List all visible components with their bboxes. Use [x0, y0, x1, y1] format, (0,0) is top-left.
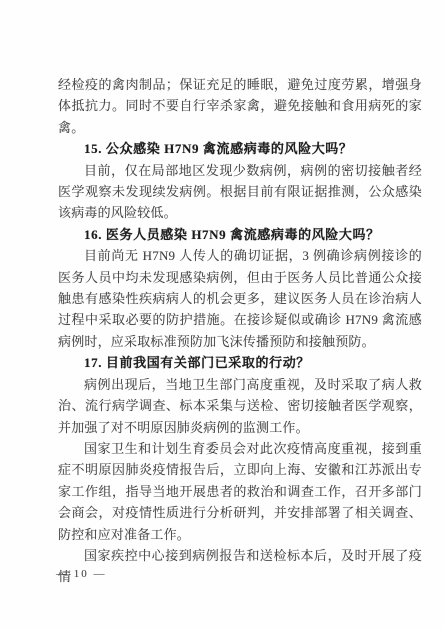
answer-paragraph-17-part2: 国家卫生和计划生育委员会对此次疫情高度重视，接到重症不明原因肺炎疫情报告后，立即… [58, 438, 422, 545]
answer-paragraph-17-part3: 国家疾控中心接到病例报告和送检标本后，及时开展了疫情 [58, 545, 422, 588]
answer-paragraph-15: 目前，仅在局部地区发现少数病例，病例的密切接触者经医学观察未发现续发病例。根据目… [58, 160, 422, 224]
question-heading-17: 17. 目前我国有关部门已采取的行动？ [58, 352, 422, 373]
question-heading-15: 15. 公众感染 H7N9 禽流感病毒的风险大吗？ [58, 138, 422, 159]
document-page: 经检疫的禽肉制品；保证充足的睡眠，避免过度劳累，增强身体抵抗力。同时不要自行宰杀… [0, 0, 444, 628]
page-number: — 10 — [56, 567, 107, 581]
paragraph-continuation: 经检疫的禽肉制品；保证充足的睡眠，避免过度劳累，增强身体抵抗力。同时不要自行宰杀… [58, 74, 422, 138]
answer-paragraph-17-part1: 病例出现后，当地卫生部门高度重视，及时采取了病人救治、流行病学调查、标本采集与送… [58, 374, 422, 438]
document-text-block: 经检疫的禽肉制品；保证充足的睡眠，避免过度劳累，增强身体抵抗力。同时不要自行宰杀… [58, 74, 422, 588]
answer-paragraph-16: 目前尚无 H7N9 人传人的确切证据，3 例确诊病例接诊的医务人员中均未发现感染… [58, 245, 422, 352]
question-heading-16: 16. 医务人员感染 H7N9 禽流感病毒的风险大吗？ [58, 224, 422, 245]
